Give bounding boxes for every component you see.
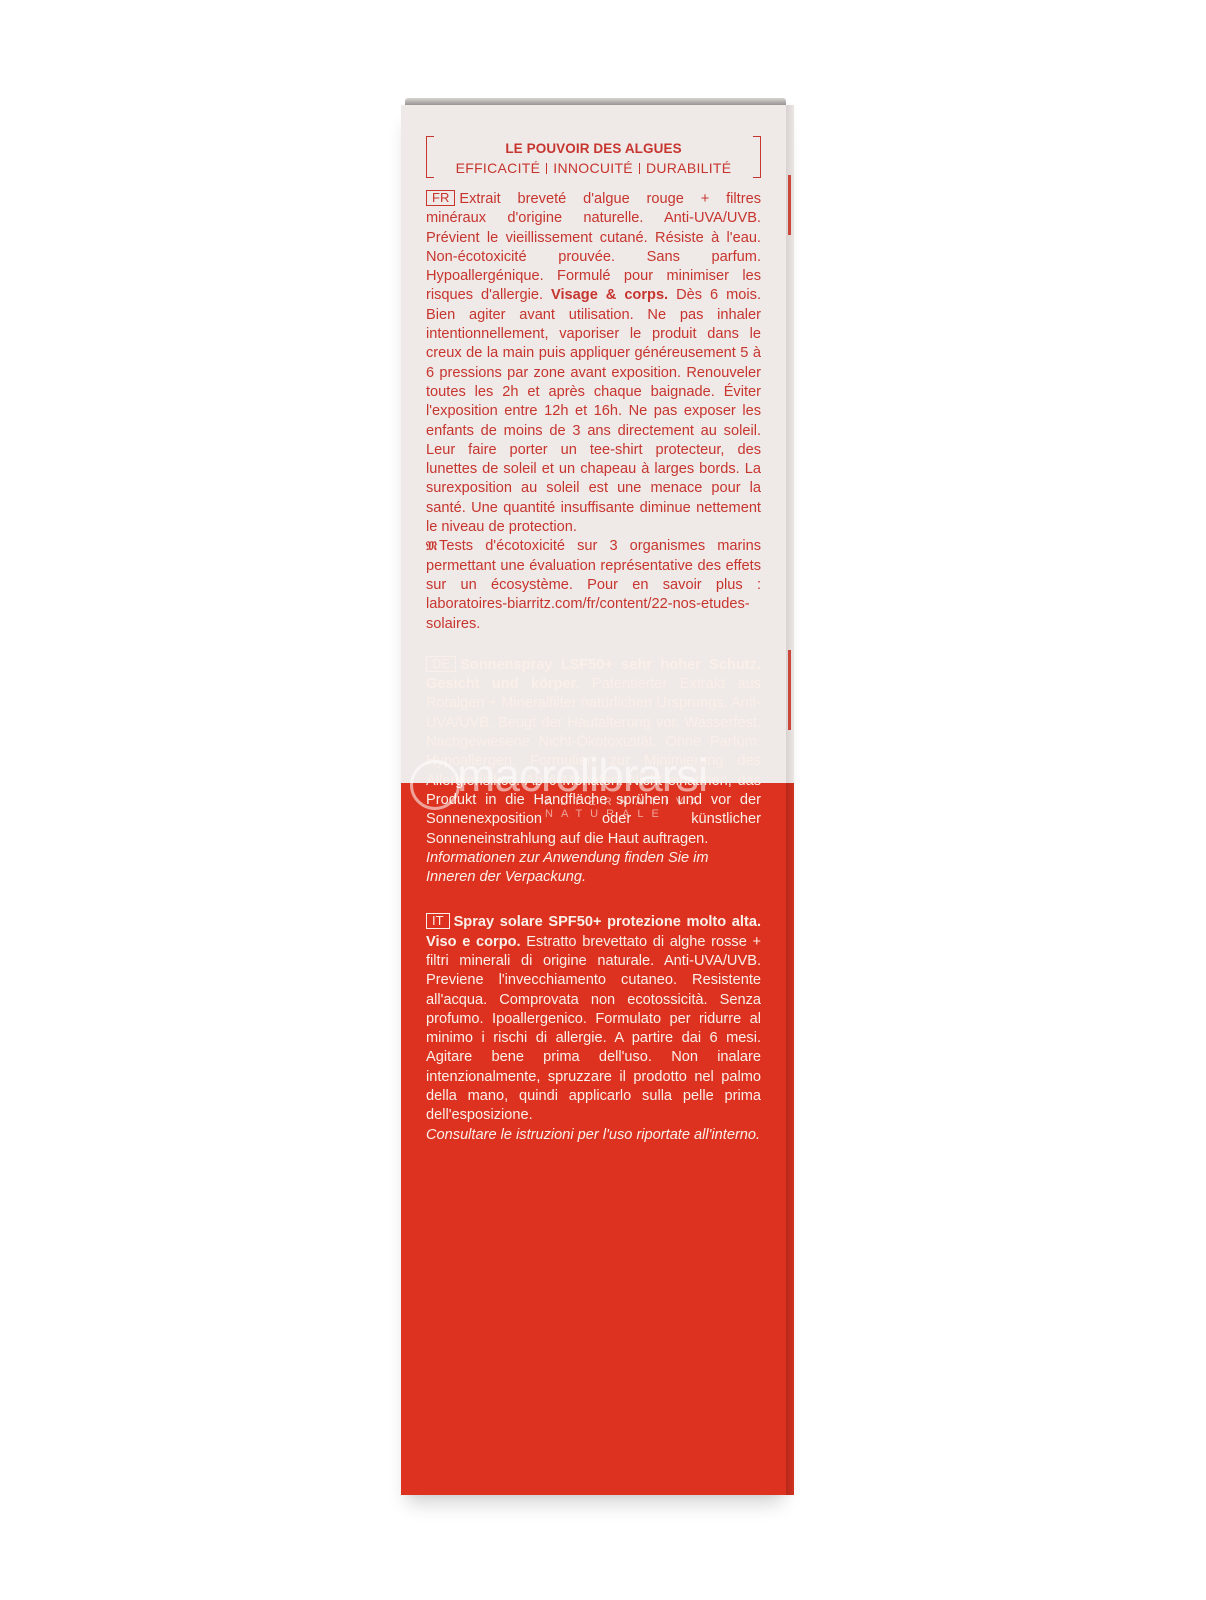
it-italic-note: Consultare le istruzioni per l'uso ripor… [426, 1126, 761, 1145]
text-content: LE POUVOIR DES ALGUES EFFICACITÉINNOCUIT… [426, 105, 761, 1145]
side-print-mark [788, 650, 791, 730]
de-text: Patentierter Extrakt aus Rotalgen + Mine… [426, 676, 761, 846]
subtitle-item: DURABILITÉ [646, 160, 731, 176]
separator [639, 163, 640, 174]
section-de: DESonnenspray LSF50+ sehr hoher Schutz. … [426, 656, 761, 888]
fr-bold-text: Visage & corps. [551, 287, 668, 303]
bracket-left-icon [426, 136, 434, 178]
eco-note: 𝔐Tests d'écotoxicité sur 3 organismes ma… [426, 537, 761, 633]
bracket-right-icon [753, 136, 761, 178]
fr-text: Dès 6 mois. Bien agiter avant utilisatio… [426, 287, 761, 535]
subtitle-item: EFFICACITÉ [456, 160, 541, 176]
de-italic-note: Informationen zur Anwendung finden Sie i… [426, 849, 761, 888]
subtitle-item: INNOCUITÉ [553, 160, 633, 176]
section-it: ITSpray solare SPF50+ protezione molto a… [426, 913, 761, 1145]
side-print-mark [788, 175, 791, 235]
box-side-edge-red [786, 783, 794, 1495]
product-box-side-panel: LE POUVOIR DES ALGUES EFFICACITÉINNOCUIT… [401, 105, 788, 1495]
brand-header: LE POUVOIR DES ALGUES EFFICACITÉINNOCUIT… [426, 136, 761, 180]
language-tag-de: DE [426, 656, 456, 672]
language-tag-it: IT [426, 913, 450, 929]
header-title: LE POUVOIR DES ALGUES [426, 136, 761, 158]
separator [546, 163, 547, 174]
wave-icon: 𝔐 [426, 537, 437, 556]
eco-note-text: Tests d'écotoxicité sur 3 organismes mar… [426, 538, 761, 631]
it-text: Estratto brevettato di alghe rosse + fil… [426, 934, 761, 1124]
header-subtitle: EFFICACITÉINNOCUITÉDURABILITÉ [426, 159, 761, 178]
language-tag-fr: FR [426, 190, 455, 206]
section-fr: FRExtrait breveté d'algue rouge + filtre… [426, 190, 761, 634]
